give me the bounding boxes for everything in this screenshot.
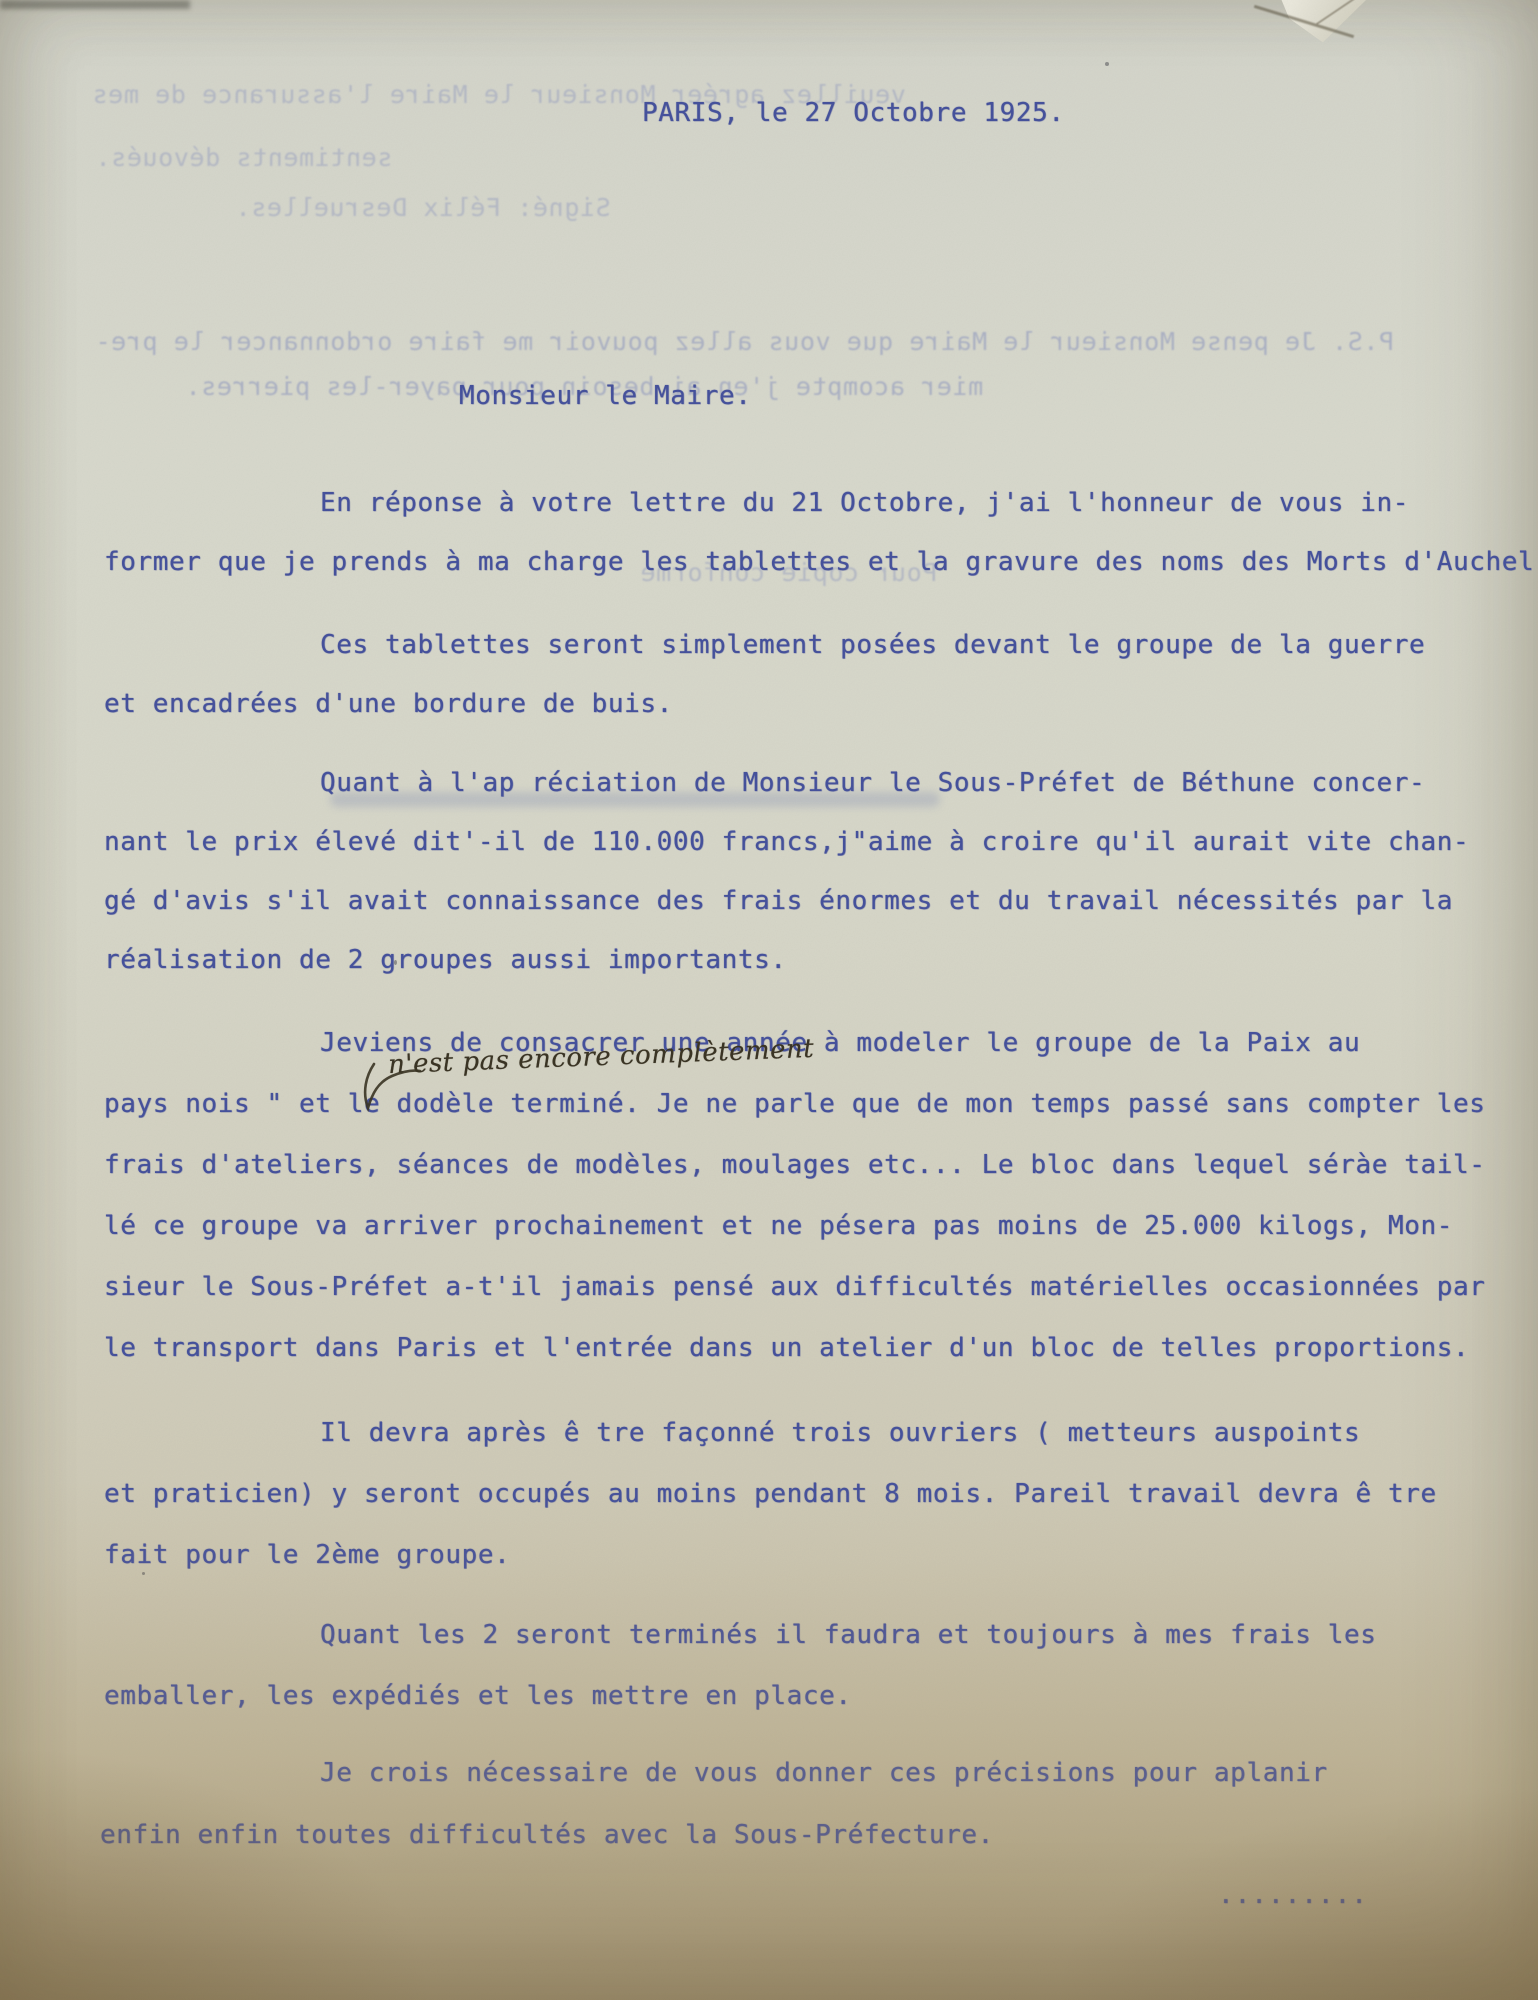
paper-speck [142,1572,145,1575]
top-edge-shadow [0,0,190,9]
typed-line: pays nois " et le dodèle terminé. Je ne … [104,1089,1486,1119]
ending-dots: ......... [1218,1880,1368,1910]
typed-line: fait pour le 2ème groupe. [104,1540,510,1570]
typed-line: et praticien) y seront occupés au moins … [104,1479,1437,1509]
ghost-line-devoues: sentiments dévoués. [95,143,392,172]
typed-line: former que je prends à ma charge les tab… [104,547,1534,577]
typed-line: Je crois nécessaire de vous donner ces p… [320,1758,1328,1788]
paper-speck [1105,62,1109,66]
typed-line: Quant les 2 seront terminés il faudra et… [320,1620,1376,1650]
dateline: PARIS, le 27 Octobre 1925. [642,98,1065,128]
typed-line: emballer, les expédiés et les mettre en … [104,1681,852,1711]
typed-line: Il devra après ê tre façonné trois ouvri… [320,1418,1360,1448]
typed-line: et encadrées d'une bordure de buis. [104,689,673,719]
ghost-line-signature: Signé: Félix Desruelles. [235,193,611,222]
typed-line: Ces tablettes seront simplement posées d… [320,630,1425,660]
typed-line: réalisation de 2 groupes aussi important… [104,945,787,975]
paper-tear-top-right [1248,0,1388,62]
typed-line: nant le prix élevé dit'-il de 110.000 fr… [104,827,1469,857]
typed-line: lé ce groupe va arriver prochainement et… [104,1211,1453,1241]
typed-line: le transport dans Paris et l'entrée dans… [104,1333,1469,1363]
typed-line: frais d'ateliers, séances de modèles, mo… [104,1150,1486,1180]
typed-line: gé d'avis s'il avait connaissance des fr… [104,886,1453,916]
typed-line: sieur le Sous-Préfet a-t'il jamais pensé… [104,1272,1486,1302]
scanned-letter-page: veuillez agréer Monsieur le Maire l'assu… [0,0,1538,2000]
insertion-caret-mark [352,1062,422,1114]
salutation: Monsieur le Maire. [459,381,752,411]
ghost-line-ps1: P.S. Je pense Monsieur le Maire que vous… [95,327,1394,356]
typed-line: En réponse à votre lettre du 21 Octobre,… [320,488,1409,518]
typed-line: Quant à l'ap réciation de Monsieur le So… [320,768,1425,798]
typed-line: enfin enfin toutes difficultés avec la S… [100,1820,994,1850]
